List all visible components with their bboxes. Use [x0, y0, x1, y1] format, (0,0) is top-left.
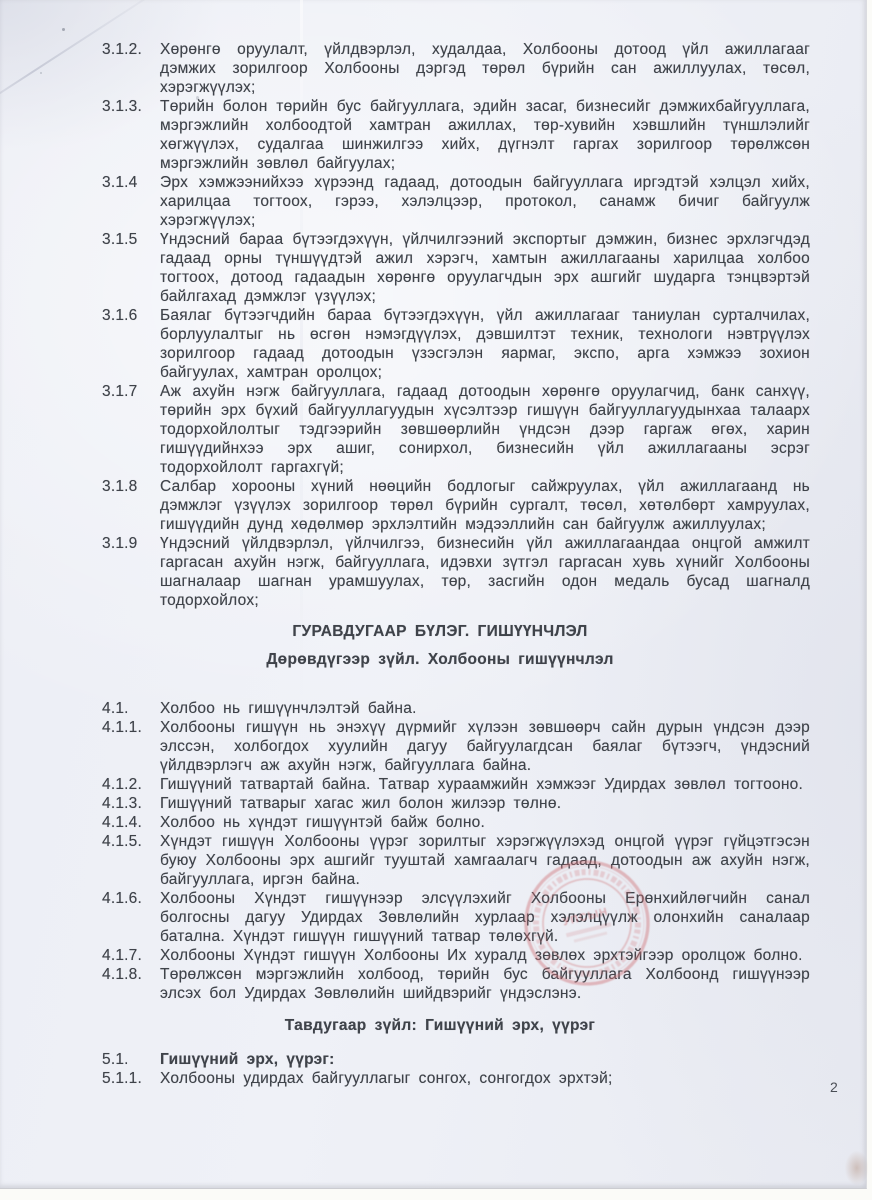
- clause-3-1-2: 3.1.2.Хөрөнгө оруулалт, үйлдвэрлэл, худа…: [160, 40, 810, 97]
- clause-4-1-6: 4.1.6.Холбооны Хүндэт гишүүнээр элсүүлэх…: [160, 889, 810, 946]
- clause-text: Холбооны удирдах байгууллагыг сонгох, со…: [160, 1070, 613, 1087]
- paper-crease: [0, 0, 179, 120]
- scan-speck: [62, 28, 65, 31]
- clause-4-1: 4.1.Холбоо нь гишүүнчлэлтэй байна.: [160, 699, 810, 718]
- page-number: 2: [830, 1079, 838, 1095]
- clause-number: 3.1.6: [102, 306, 137, 325]
- clause-text: Аж ахуйн нэгж байгууллага, гадаад дотоод…: [160, 383, 810, 476]
- clause-number: 4.1.7.: [102, 946, 142, 965]
- clause-3-1-3: 3.1.3.Төрийн болон төрийн бус байгууллаг…: [160, 97, 810, 173]
- clause-text: Холбооны Хүндэт гишүүнээр элсүүлэхийг Хо…: [160, 890, 810, 945]
- clause-3-1-4: 3.1.4Эрх хэмжээнийхээ хүрээнд гадаад, до…: [160, 173, 810, 230]
- clause-number: 5.1.1.: [102, 1069, 142, 1088]
- clause-text: Үндэсний үйлдвэрлэл, үйлчилгээ, бизнесий…: [160, 535, 810, 609]
- clause-number: 3.1.5: [102, 230, 137, 249]
- clause-4-1-4: 4.1.4.Холбоо нь хүндэт гишүүнтэй байж бо…: [160, 813, 810, 832]
- clause-number: 3.1.9: [102, 534, 137, 553]
- clause-4-1-5: 4.1.5.Хүндэт гишүүн Холбооны үүрэг зорил…: [160, 832, 810, 889]
- clause-text: Холбооны гишүүн нь энэхүү дүрмийг хүлээн…: [160, 719, 810, 774]
- clause-number: 4.1.5.: [102, 832, 142, 851]
- clause-number: 4.1.8.: [102, 965, 142, 984]
- clause-4-1-8: 4.1.8.Төрөлжсөн мэргэжлийн холбоод, төри…: [160, 965, 810, 1003]
- scanned-document-page: { "page": { "number": "2" }, "colors": {…: [0, 0, 872, 1200]
- clause-4-1-7: 4.1.7.Холбооны Хүндэт гишүүн Холбооны Их…: [160, 946, 810, 965]
- clause-5-1: 5.1.Гишүүний эрх, үүрэг:: [160, 1050, 810, 1069]
- clause-text: Гишүүний татвартай байна. Татвар хураамж…: [160, 776, 803, 793]
- scan-smudge: [840, 1146, 868, 1190]
- clause-text: Төрөлжсөн мэргэжлийн холбоод, төрийн бус…: [160, 966, 810, 1002]
- chapter-heading: ГУРАВДУГААР БҮЛЭГ. ГИШҮҮНЧЛЭЛ: [115, 622, 765, 641]
- clause-number: 3.1.4: [102, 173, 137, 192]
- clause-4-1-1: 4.1.1.Холбооны гишүүн нь энэхүү дүрмийг …: [160, 718, 810, 775]
- clause-5-1-1: 5.1.1.Холбооны удирдах байгууллагыг сонг…: [160, 1069, 810, 1088]
- article-heading: Тавдугаар зүйл: Гишүүний эрх, үүрэг: [115, 1016, 765, 1035]
- clause-3-1-7: 3.1.7Аж ахуйн нэгж байгууллага, гадаад д…: [160, 382, 810, 477]
- clause-text: Салбар хорооны хүний нөөцийн бодлогыг са…: [160, 478, 810, 533]
- clause-3-1-5: 3.1.5Үндэсний бараа бүтээгдэхүүн, үйлчил…: [160, 230, 810, 306]
- clause-4-1-2: 4.1.2.Гишүүний татвартай байна. Татвар х…: [160, 775, 810, 794]
- clause-text: Холбооны Хүндэт гишүүн Холбооны Их хурал…: [160, 947, 803, 964]
- clause-number: 3.1.2.: [102, 40, 142, 59]
- clause-number: 4.1.1.: [102, 718, 142, 737]
- clause-number: 4.1.3.: [102, 794, 142, 813]
- clause-text: Гишүүний эрх, үүрэг:: [160, 1051, 335, 1068]
- clause-number: 4.1.: [102, 699, 129, 718]
- clause-text: Хүндэт гишүүн Холбооны үүрэг зорилтыг хэ…: [160, 833, 810, 888]
- clause-number: 4.1.6.: [102, 889, 142, 908]
- clause-3-1-8: 3.1.8Салбар хорооны хүний нөөцийн бодлог…: [160, 477, 810, 534]
- clause-text: Холбоо нь хүндэт гишүүнтэй байж болно.: [160, 814, 485, 831]
- clause-3-1-9: 3.1.9Үндэсний үйлдвэрлэл, үйлчилгээ, биз…: [160, 534, 810, 610]
- clause-number: 3.1.8: [102, 477, 137, 496]
- clause-3-1-6: 3.1.6Баялаг бүтээгчдийн бараа бүтээгдэхү…: [160, 306, 810, 382]
- scan-speck: [40, 72, 42, 74]
- document-body: 3.1.2.Хөрөнгө оруулалт, үйлдвэрлэл, худа…: [160, 40, 810, 1088]
- clause-text: Хөрөнгө оруулалт, үйлдвэрлэл, худалдаа, …: [160, 41, 810, 96]
- clause-text: Баялаг бүтээгчдийн бараа бүтээгдэхүүн, ү…: [160, 307, 810, 381]
- clause-4-1-3: 4.1.3.Гишүүний татварыг хагас жил болон …: [160, 794, 810, 813]
- clause-text: Гишүүний татварыг хагас жил болон жилээр…: [160, 795, 561, 812]
- clause-text: Үндэсний бараа бүтээгдэхүүн, үйлчилгээни…: [160, 231, 810, 305]
- clause-number: 5.1.: [102, 1050, 129, 1069]
- clause-text: Холбоо нь гишүүнчлэлтэй байна.: [160, 700, 417, 717]
- article-heading: Дөрөвдүгээр зүйл. Холбооны гишүүнчлэл: [115, 650, 765, 669]
- clause-number: 3.1.3.: [102, 97, 142, 116]
- clause-number: 3.1.7: [102, 382, 137, 401]
- clause-text: Төрийн болон төрийн бус байгууллага, эди…: [160, 98, 810, 172]
- clause-number: 4.1.4.: [102, 813, 142, 832]
- clause-number: 4.1.2.: [102, 775, 142, 794]
- clause-text: Эрх хэмжээнийхээ хүрээнд гадаад, дотооды…: [160, 174, 810, 229]
